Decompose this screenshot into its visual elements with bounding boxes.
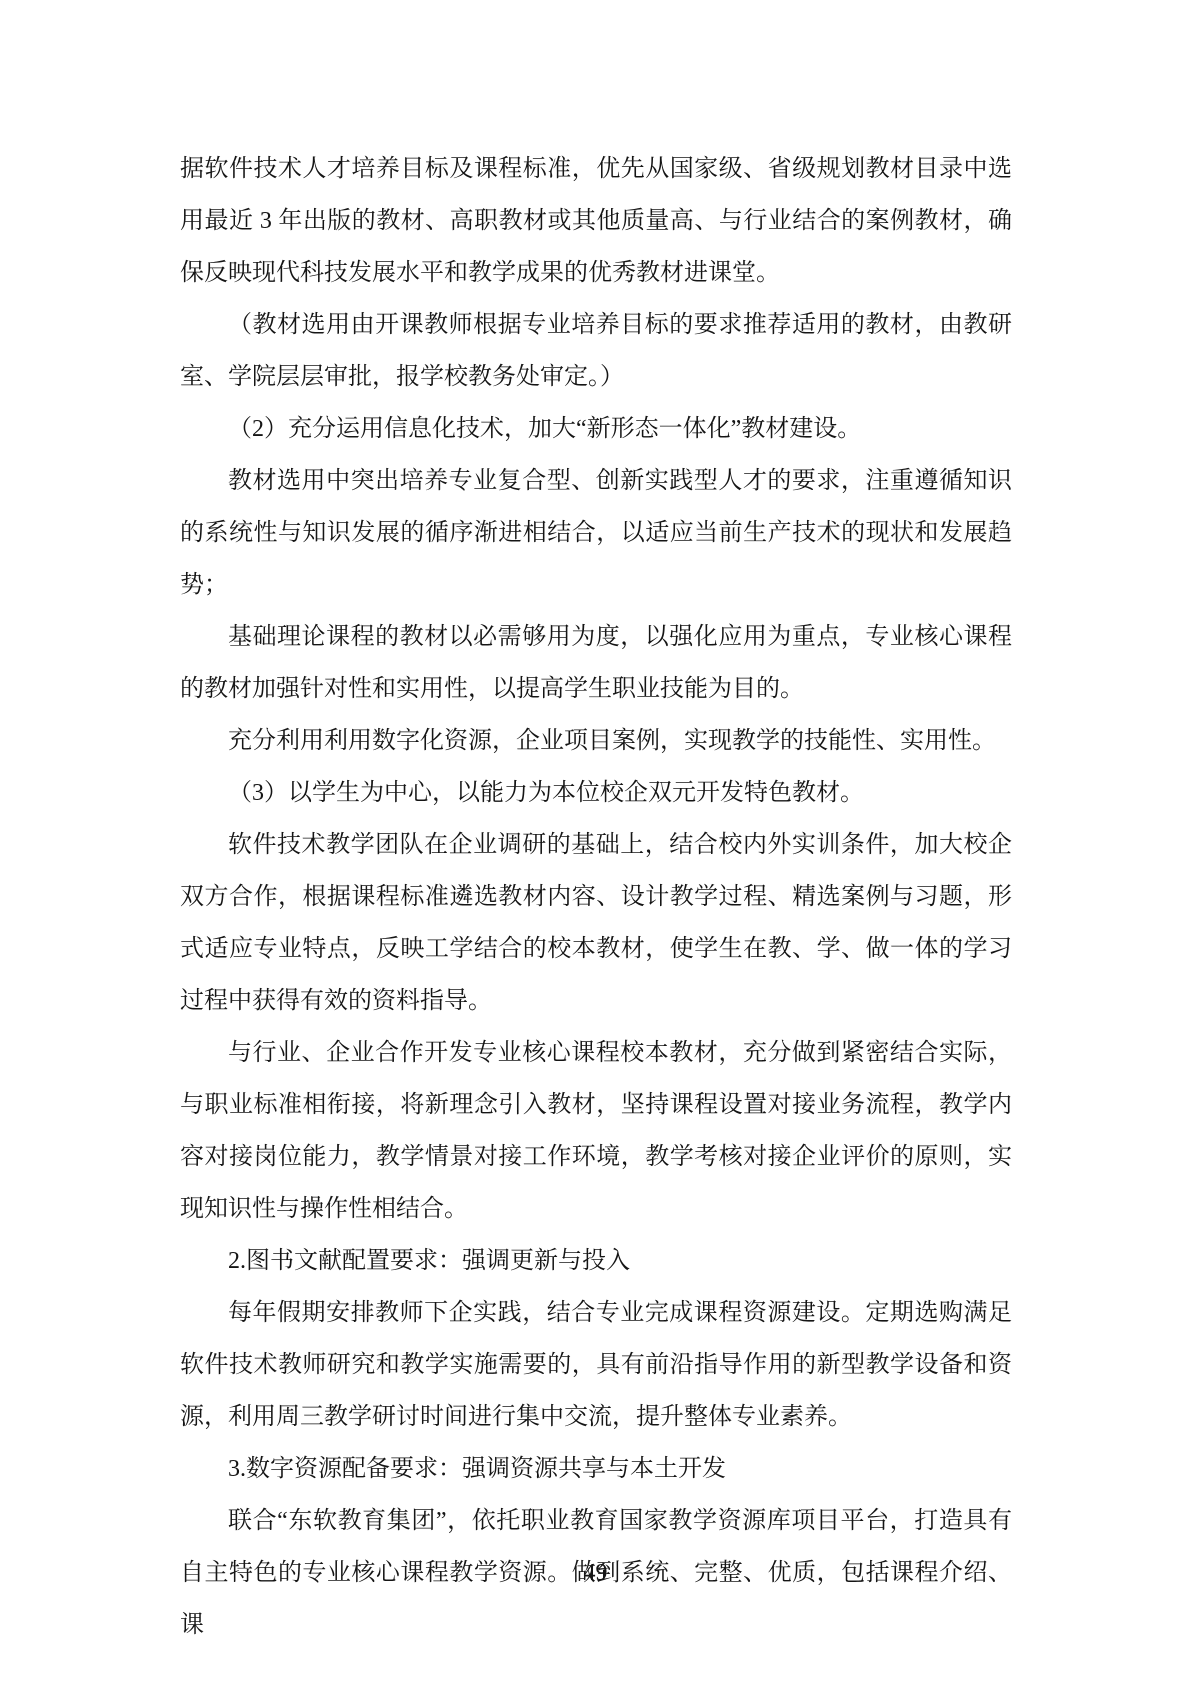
document-body: 据软件技术人才培养目标及课程标准，优先从国家级、省级规划教材目录中选用最近 3 …: [180, 143, 1012, 1651]
paragraph: 教材选用中突出培养专业复合型、创新实践型人才的要求，注重遵循知识的系统性与知识发…: [180, 455, 1012, 611]
paragraph: 基础理论课程的教材以必需够用为度，以强化应用为重点，专业核心课程的教材加强针对性…: [180, 611, 1012, 715]
page-number: 49: [0, 1558, 1191, 1588]
paragraph: 充分利用利用数字化资源，企业项目案例，实现教学的技能性、实用性。: [180, 715, 1012, 767]
paragraph-list-heading: 2.图书文献配置要求：强调更新与投入: [180, 1235, 1012, 1287]
paragraph: 每年假期安排教师下企实践，结合专业完成课程资源建设。定期选购满足软件技术教师研究…: [180, 1287, 1012, 1443]
paragraph: 与行业、企业合作开发专业核心课程校本教材，充分做到紧密结合实际，与职业标准相衔接…: [180, 1027, 1012, 1235]
document-page: 据软件技术人才培养目标及课程标准，优先从国家级、省级规划教材目录中选用最近 3 …: [0, 0, 1191, 1684]
paragraph: （3）以学生为中心，以能力为本位校企双元开发特色教材。: [180, 767, 1012, 819]
paragraph: 据软件技术人才培养目标及课程标准，优先从国家级、省级规划教材目录中选用最近 3 …: [180, 143, 1012, 299]
paragraph-list-heading: 3.数字资源配备要求：强调资源共享与本土开发: [180, 1443, 1012, 1495]
paragraph: 软件技术教学团队在企业调研的基础上，结合校内外实训条件，加大校企双方合作，根据课…: [180, 819, 1012, 1027]
paragraph: （2）充分运用信息化技术，加大“新形态一体化”教材建设。: [180, 403, 1012, 455]
paragraph: （教材选用由开课教师根据专业培养目标的要求推荐适用的教材，由教研室、学院层层审批…: [180, 299, 1012, 403]
